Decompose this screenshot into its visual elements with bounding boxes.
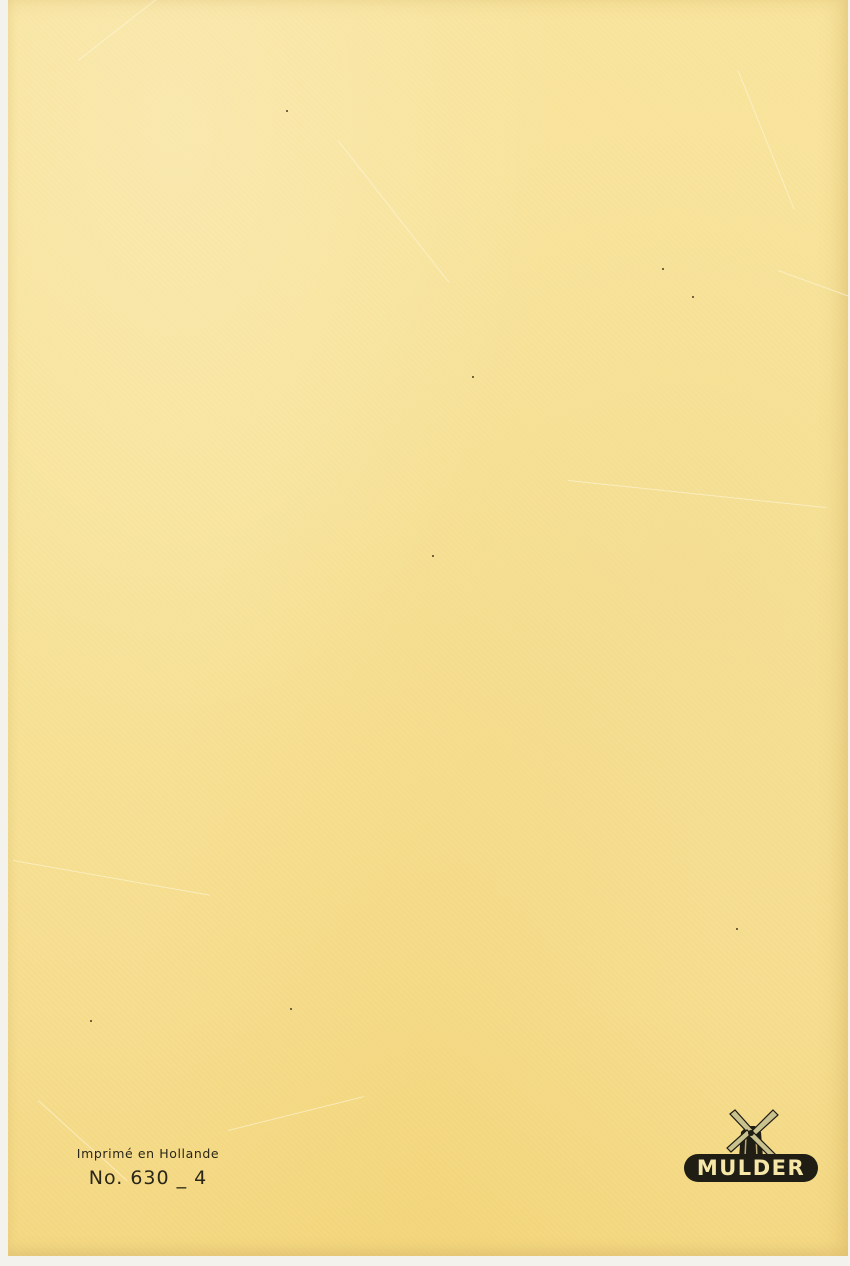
paper-crease xyxy=(738,70,795,209)
printed-in-text: Imprimé en Hollande xyxy=(58,1146,238,1161)
paper-speck xyxy=(432,555,434,557)
catalog-number: No. 630 _ 4 xyxy=(58,1167,238,1189)
paper-crease xyxy=(338,140,450,282)
paper-speck xyxy=(472,376,474,378)
back-cover-page: Imprimé en Hollande No. 630 _ 4 xyxy=(8,0,848,1256)
paper-crease xyxy=(78,0,189,61)
paper-crease xyxy=(778,270,850,302)
paper-crease xyxy=(228,1096,364,1131)
paper-speck xyxy=(286,110,288,112)
publisher-name: MULDER xyxy=(683,1156,819,1180)
paper-speck xyxy=(662,268,664,270)
paper-speck xyxy=(290,1008,292,1010)
paper-speck xyxy=(736,928,738,930)
imprint-block: Imprimé en Hollande No. 630 _ 4 xyxy=(58,1146,238,1189)
paper-crease xyxy=(568,480,827,508)
paper-crease xyxy=(13,860,210,896)
paper-speck xyxy=(692,296,694,298)
publisher-logo: MULDER xyxy=(683,1106,819,1184)
paper-speck xyxy=(90,1020,92,1022)
